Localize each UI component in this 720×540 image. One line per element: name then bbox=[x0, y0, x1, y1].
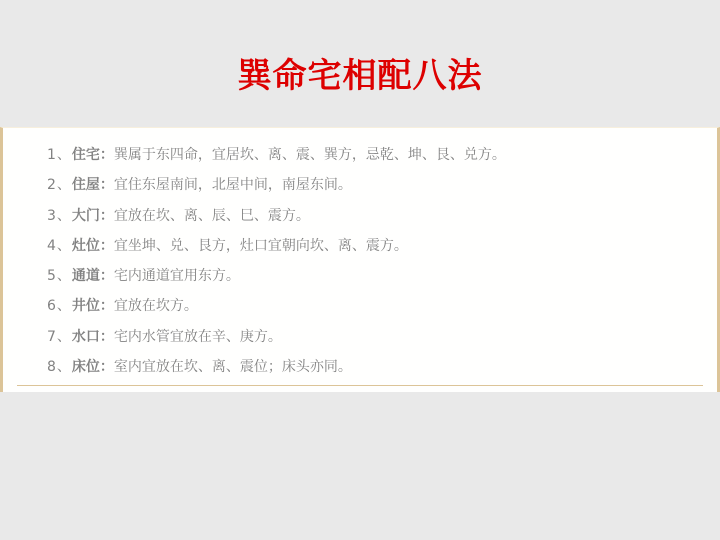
item-number: 6、 bbox=[47, 298, 72, 314]
list-item: 2、住屋：宜住东屋南间，北屋中间，南屋东间。 bbox=[47, 174, 701, 204]
list-item: 6、井位：宜放在坎方。 bbox=[47, 295, 701, 325]
item-text: 宜放在坎方。 bbox=[114, 298, 198, 314]
item-label: 井位： bbox=[72, 298, 114, 314]
item-number: 3、 bbox=[47, 208, 72, 224]
item-label: 灶位： bbox=[72, 238, 114, 254]
list-item: 8、床位：室内宜放在坎、离、震位；床头亦同。 bbox=[47, 356, 701, 386]
item-number: 4、 bbox=[47, 238, 72, 254]
list-item: 4、灶位：宜坐坤、兑、艮方，灶口宜朝向坎、离、震方。 bbox=[47, 235, 701, 265]
slide-background: 巽命宅相配八法 1、住宅：巽属于东四命，宜居坎、离、震、巽方，忌乾、坤、艮、兑方… bbox=[0, 0, 720, 540]
list-item: 5、通道：宅内通道宜用东方。 bbox=[47, 265, 701, 295]
item-text: 巽属于东四命，宜居坎、离、震、巽方，忌乾、坤、艮、兑方。 bbox=[114, 147, 506, 163]
item-label: 住宅： bbox=[72, 147, 114, 163]
item-label: 住屋： bbox=[72, 177, 114, 193]
item-number: 8、 bbox=[47, 359, 72, 375]
list-item: 3、大门：宜放在坎、离、辰、巳、震方。 bbox=[47, 205, 701, 235]
item-number: 1、 bbox=[47, 147, 72, 163]
item-list: 1、住宅：巽属于东四命，宜居坎、离、震、巽方，忌乾、坤、艮、兑方。 2、住屋：宜… bbox=[47, 144, 701, 386]
panel-bottom-rule bbox=[17, 385, 703, 386]
item-label: 大门： bbox=[72, 208, 114, 224]
item-label: 通道： bbox=[72, 268, 114, 284]
item-label: 水口： bbox=[72, 329, 114, 345]
slide-title: 巽命宅相配八法 bbox=[0, 48, 720, 97]
item-number: 7、 bbox=[47, 329, 72, 345]
item-text: 宜住东屋南间，北屋中间，南屋东间。 bbox=[114, 177, 352, 193]
item-text: 宅内水管宜放在辛、庚方。 bbox=[114, 329, 282, 345]
list-item: 1、住宅：巽属于东四命，宜居坎、离、震、巽方，忌乾、坤、艮、兑方。 bbox=[47, 144, 701, 174]
item-text: 宜坐坤、兑、艮方，灶口宜朝向坎、离、震方。 bbox=[114, 238, 408, 254]
item-number: 5、 bbox=[47, 268, 72, 284]
item-text: 宜放在坎、离、辰、巳、震方。 bbox=[114, 208, 310, 224]
item-number: 2、 bbox=[47, 177, 72, 193]
item-text: 室内宜放在坎、离、震位；床头亦同。 bbox=[114, 359, 352, 375]
item-label: 床位： bbox=[72, 359, 114, 375]
item-text: 宅内通道宜用东方。 bbox=[114, 268, 240, 284]
content-panel: 1、住宅：巽属于东四命，宜居坎、离、震、巽方，忌乾、坤、艮、兑方。 2、住屋：宜… bbox=[0, 127, 720, 392]
list-item: 7、水口：宅内水管宜放在辛、庚方。 bbox=[47, 326, 701, 356]
